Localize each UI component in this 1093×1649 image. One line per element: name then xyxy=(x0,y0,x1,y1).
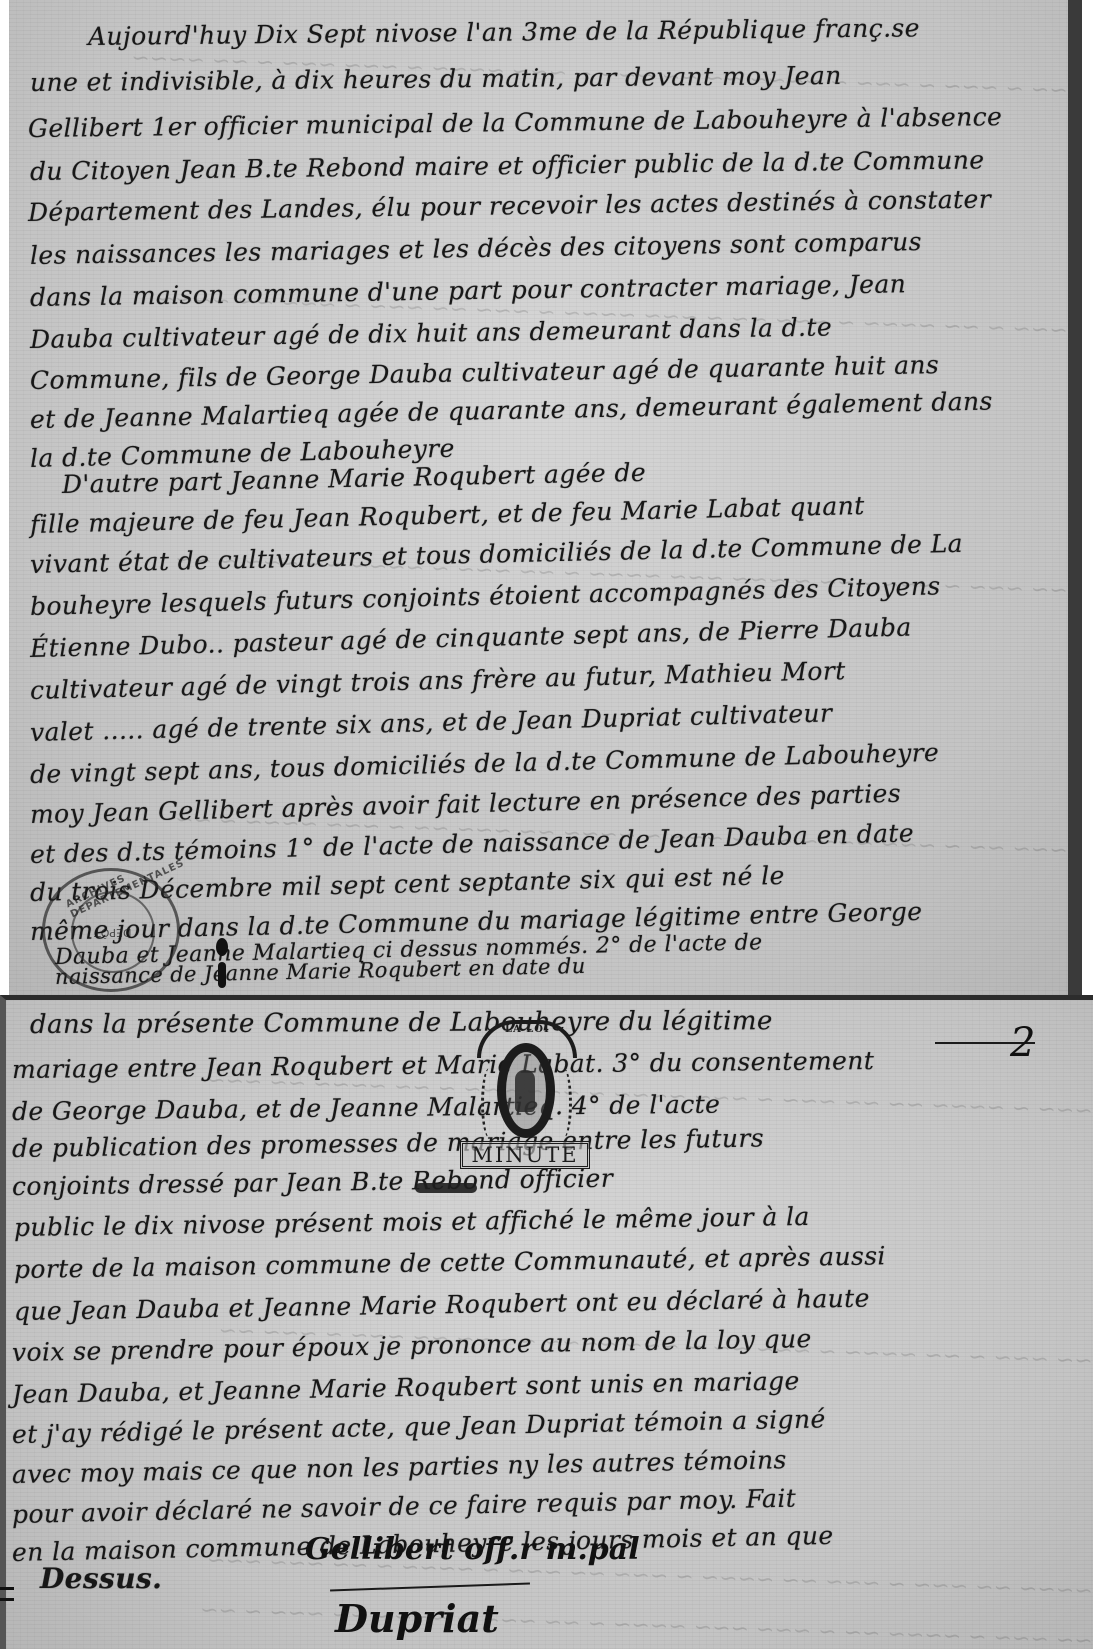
stamp-center: DÉPÔT xyxy=(71,891,155,973)
archive-stamp: ARCHIVES DEPARTEMENTALES DÉPÔT xyxy=(42,868,180,992)
ink-blot xyxy=(216,938,228,956)
stamp-center-text: DÉPÔT xyxy=(94,926,131,939)
margin-page-number: 2 xyxy=(1010,1020,1035,1066)
signature-dupriat: Dupriat xyxy=(335,1596,499,1641)
stamp-label: MINUTE xyxy=(460,1141,590,1169)
bleed-through-text: ~~ ~~~ ~ ~~~~ ~~ ~ ~~~ ~~~ ~~~~ ~ ~~ ~~~… xyxy=(6,1591,1093,1649)
ink-smudge xyxy=(415,1183,477,1193)
laurel-left-icon xyxy=(481,1068,498,1138)
ink-blot xyxy=(218,962,226,988)
margin-mark xyxy=(0,1587,14,1601)
signature-gellibert: Gellibert off.r m.pal xyxy=(305,1532,640,1567)
stamp-top-text: LA LOI xyxy=(505,1024,550,1035)
minute-stamp: LA LOI MINUTE xyxy=(455,1008,595,1173)
allegorical-figure-icon xyxy=(515,1070,535,1112)
laurel-right-icon xyxy=(555,1068,572,1138)
text-line: dans la présente Commune de Labouheyre d… xyxy=(30,1006,773,1040)
closing-word: Dessus. xyxy=(40,1562,162,1595)
